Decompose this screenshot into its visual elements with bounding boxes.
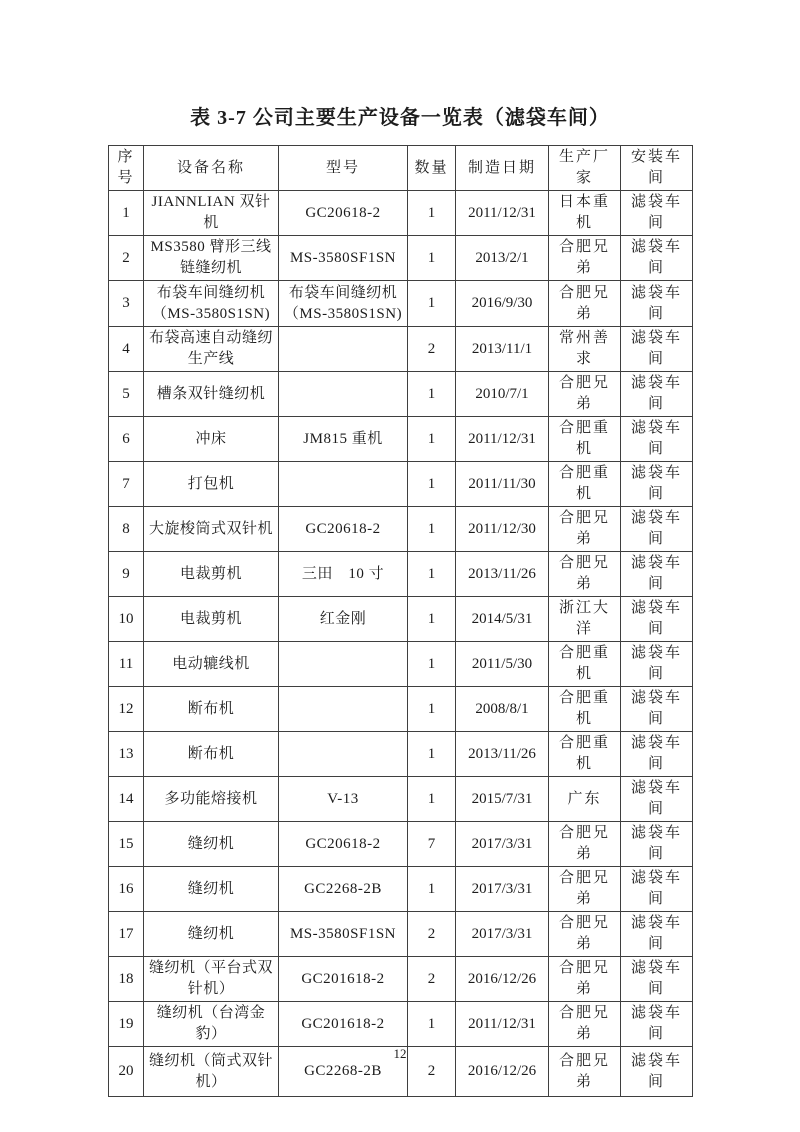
table-cell: 7 [408, 822, 456, 867]
table-cell: 缝纫机 [144, 822, 279, 867]
table-row: 3布袋车间缝纫机（MS-3580S1SN)布袋车间缝纫机（MS-3580S1SN… [109, 281, 693, 327]
table-cell: 冲床 [144, 417, 279, 462]
table-cell: 滤袋车间 [621, 597, 693, 642]
table-cell: 2 [408, 912, 456, 957]
table-cell: 2011/12/31 [456, 417, 549, 462]
document-page: 表 3-7 公司主要生产设备一览表（滤袋车间） 序号设备名称型号数量制造日期生产… [0, 0, 800, 1132]
table-cell: 2013/11/1 [456, 327, 549, 372]
table-cell: 槽条双针缝纫机 [144, 372, 279, 417]
table-cell: 滤袋车间 [621, 1002, 693, 1047]
table-cell: 1 [408, 191, 456, 236]
table-cell: GC20618-2 [279, 507, 408, 552]
table-cell: 1 [408, 687, 456, 732]
table-cell: 2017/3/31 [456, 912, 549, 957]
table-cell: 2013/11/26 [456, 732, 549, 777]
table-cell: 2 [408, 327, 456, 372]
table-cell: V-13 [279, 777, 408, 822]
table-cell: 5 [109, 372, 144, 417]
table-cell: 滤袋车间 [621, 372, 693, 417]
table-cell: 2017/3/31 [456, 822, 549, 867]
table-row: 19缝纫机（台湾金豹）GC201618-212011/12/31合肥兄弟滤袋车间 [109, 1002, 693, 1047]
table-row: 6冲床JM815 重机12011/12/31合肥重机滤袋车间 [109, 417, 693, 462]
table-header-row: 序号设备名称型号数量制造日期生产厂家安装车间 [109, 146, 693, 191]
table-cell: 常州善求 [549, 327, 621, 372]
table-cell: 滤袋车间 [621, 236, 693, 281]
table-cell: 1 [408, 236, 456, 281]
table-row: 5槽条双针缝纫机12010/7/1合肥兄弟滤袋车间 [109, 372, 693, 417]
table-cell: MS3580 臂形三线链缝纫机 [144, 236, 279, 281]
table-cell [279, 462, 408, 507]
column-header-7: 安装车间 [621, 146, 693, 191]
table-cell: 滤袋车间 [621, 327, 693, 372]
table-cell: 2015/7/31 [456, 777, 549, 822]
table-cell: 广东 [549, 777, 621, 822]
table-cell: 滤袋车间 [621, 191, 693, 236]
table-cell: 19 [109, 1002, 144, 1047]
table-cell: 4 [109, 327, 144, 372]
table-cell: GC20618-2 [279, 191, 408, 236]
table-row: 11电动辘线机12011/5/30合肥重机滤袋车间 [109, 642, 693, 687]
table-cell: 2013/11/26 [456, 552, 549, 597]
table-cell: 18 [109, 957, 144, 1002]
table-cell: 11 [109, 642, 144, 687]
table-cell: 2016/9/30 [456, 281, 549, 327]
table-cell: 9 [109, 552, 144, 597]
table-cell: 13 [109, 732, 144, 777]
table-cell: 缝纫机（台湾金豹） [144, 1002, 279, 1047]
table-cell: 滤袋车间 [621, 642, 693, 687]
table-body: 1JIANNLIAN 双针机GC20618-212011/12/31日本重机滤袋… [109, 191, 693, 1097]
table-cell: JIANNLIAN 双针机 [144, 191, 279, 236]
table-row: 14多功能熔接机V-1312015/7/31广东滤袋车间 [109, 777, 693, 822]
table-cell: 7 [109, 462, 144, 507]
table-cell: 14 [109, 777, 144, 822]
table-cell: 2017/3/31 [456, 867, 549, 912]
table-row: 10电裁剪机红金刚12014/5/31浙江大洋滤袋车间 [109, 597, 693, 642]
table-cell: 1 [408, 1002, 456, 1047]
table-cell: 2011/12/31 [456, 1002, 549, 1047]
table-cell: 缝纫机 [144, 912, 279, 957]
table-cell: GC20618-2 [279, 822, 408, 867]
column-header-1: 序号 [109, 146, 144, 191]
column-header-2: 设备名称 [144, 146, 279, 191]
table-cell [279, 642, 408, 687]
table-cell: 缝纫机 [144, 867, 279, 912]
table-cell: 合肥兄弟 [549, 867, 621, 912]
table-cell: 滤袋车间 [621, 281, 693, 327]
table-cell: GC201618-2 [279, 1002, 408, 1047]
page-number: 12 [0, 1046, 800, 1062]
table-row: 1JIANNLIAN 双针机GC20618-212011/12/31日本重机滤袋… [109, 191, 693, 236]
table-cell: 10 [109, 597, 144, 642]
table-cell: 滤袋车间 [621, 912, 693, 957]
column-header-4: 数量 [408, 146, 456, 191]
table-cell: 断布机 [144, 687, 279, 732]
table-cell: 2011/12/30 [456, 507, 549, 552]
table-head: 序号设备名称型号数量制造日期生产厂家安装车间 [109, 146, 693, 191]
column-header-5: 制造日期 [456, 146, 549, 191]
table-row: 8大旋梭筒式双针机GC20618-212011/12/30合肥兄弟滤袋车间 [109, 507, 693, 552]
table-cell: 2010/7/1 [456, 372, 549, 417]
table-cell: 6 [109, 417, 144, 462]
table-cell: 2016/12/26 [456, 957, 549, 1002]
table-cell: 合肥兄弟 [549, 281, 621, 327]
table-cell: 滤袋车间 [621, 867, 693, 912]
table-cell: 日本重机 [549, 191, 621, 236]
table-row: 9电裁剪机三田 10 寸12013/11/26合肥兄弟滤袋车间 [109, 552, 693, 597]
table-cell: 1 [408, 777, 456, 822]
table-cell: 布袋高速自动缝纫生产线 [144, 327, 279, 372]
table-cell: 大旋梭筒式双针机 [144, 507, 279, 552]
table-cell: 合肥重机 [549, 642, 621, 687]
table-cell: 1 [408, 867, 456, 912]
table-cell: 合肥兄弟 [549, 507, 621, 552]
table-cell: 电动辘线机 [144, 642, 279, 687]
table-cell: 2011/5/30 [456, 642, 549, 687]
table-row: 13断布机12013/11/26合肥重机滤袋车间 [109, 732, 693, 777]
table-cell: 缝纫机（平台式双针机） [144, 957, 279, 1002]
table-cell: 合肥兄弟 [549, 912, 621, 957]
table-cell [279, 687, 408, 732]
table-cell [279, 327, 408, 372]
table-cell: 16 [109, 867, 144, 912]
table-row: 4布袋高速自动缝纫生产线22013/11/1常州善求滤袋车间 [109, 327, 693, 372]
table-cell: 多功能熔接机 [144, 777, 279, 822]
table-cell: 1 [408, 462, 456, 507]
table-cell: 2013/2/1 [456, 236, 549, 281]
table-cell [279, 732, 408, 777]
table-cell: 三田 10 寸 [279, 552, 408, 597]
table-cell: JM815 重机 [279, 417, 408, 462]
table-cell: 合肥重机 [549, 462, 621, 507]
table-cell: 浙江大洋 [549, 597, 621, 642]
column-header-3: 型号 [279, 146, 408, 191]
table-cell [279, 372, 408, 417]
table-cell: 3 [109, 281, 144, 327]
table-cell: 合肥重机 [549, 732, 621, 777]
column-header-6: 生产厂家 [549, 146, 621, 191]
table-cell: 打包机 [144, 462, 279, 507]
table-cell: GC2268-2B [279, 867, 408, 912]
table-cell: 1 [408, 372, 456, 417]
table-cell: 1 [408, 732, 456, 777]
table-cell: 合肥重机 [549, 687, 621, 732]
table-cell: 布袋车间缝纫机（MS-3580S1SN) [279, 281, 408, 327]
table-cell: 滤袋车间 [621, 507, 693, 552]
table-cell: 1 [408, 417, 456, 462]
table-cell: 1 [408, 281, 456, 327]
table-row: 15缝纫机GC20618-272017/3/31合肥兄弟滤袋车间 [109, 822, 693, 867]
table-cell: MS-3580SF1SN [279, 236, 408, 281]
table-cell: 滤袋车间 [621, 732, 693, 777]
table-row: 2MS3580 臂形三线链缝纫机MS-3580SF1SN12013/2/1合肥兄… [109, 236, 693, 281]
table-cell: 1 [408, 507, 456, 552]
table-cell: 红金刚 [279, 597, 408, 642]
table-cell: 2014/5/31 [456, 597, 549, 642]
table-cell: 布袋车间缝纫机（MS-3580S1SN) [144, 281, 279, 327]
equipment-table: 序号设备名称型号数量制造日期生产厂家安装车间 1JIANNLIAN 双针机GC2… [108, 145, 693, 1097]
table-cell: 合肥重机 [549, 417, 621, 462]
table-cell: 合肥兄弟 [549, 1002, 621, 1047]
table-cell: 2008/8/1 [456, 687, 549, 732]
table-cell: GC201618-2 [279, 957, 408, 1002]
table-cell: 1 [408, 642, 456, 687]
table-cell: 断布机 [144, 732, 279, 777]
table-row: 12断布机12008/8/1合肥重机滤袋车间 [109, 687, 693, 732]
table-cell: 8 [109, 507, 144, 552]
table-cell: 合肥兄弟 [549, 552, 621, 597]
table-cell: 合肥兄弟 [549, 957, 621, 1002]
table-row: 7打包机12011/11/30合肥重机滤袋车间 [109, 462, 693, 507]
table-cell: 12 [109, 687, 144, 732]
table-cell: 1 [408, 597, 456, 642]
table-cell: 滤袋车间 [621, 687, 693, 732]
table-cell: 电裁剪机 [144, 597, 279, 642]
table-cell: 电裁剪机 [144, 552, 279, 597]
table-cell: 合肥兄弟 [549, 822, 621, 867]
table-cell: 2011/12/31 [456, 191, 549, 236]
table-cell: 15 [109, 822, 144, 867]
table-cell: 合肥兄弟 [549, 236, 621, 281]
table-cell: 1 [408, 552, 456, 597]
table-row: 16缝纫机GC2268-2B12017/3/31合肥兄弟滤袋车间 [109, 867, 693, 912]
table-cell: 滤袋车间 [621, 417, 693, 462]
table-cell: 合肥兄弟 [549, 372, 621, 417]
table-cell: 2 [408, 957, 456, 1002]
table-cell: 滤袋车间 [621, 957, 693, 1002]
table-cell: MS-3580SF1SN [279, 912, 408, 957]
table-cell: 2 [109, 236, 144, 281]
table-cell: 滤袋车间 [621, 462, 693, 507]
table-cell: 2011/11/30 [456, 462, 549, 507]
table-cell: 17 [109, 912, 144, 957]
table-cell: 滤袋车间 [621, 777, 693, 822]
table-cell: 1 [109, 191, 144, 236]
table-row: 18缝纫机（平台式双针机）GC201618-222016/12/26合肥兄弟滤袋… [109, 957, 693, 1002]
table-cell: 滤袋车间 [621, 552, 693, 597]
table-row: 17缝纫机MS-3580SF1SN22017/3/31合肥兄弟滤袋车间 [109, 912, 693, 957]
table-cell: 滤袋车间 [621, 822, 693, 867]
table-title: 表 3-7 公司主要生产设备一览表（滤袋车间） [0, 101, 800, 130]
